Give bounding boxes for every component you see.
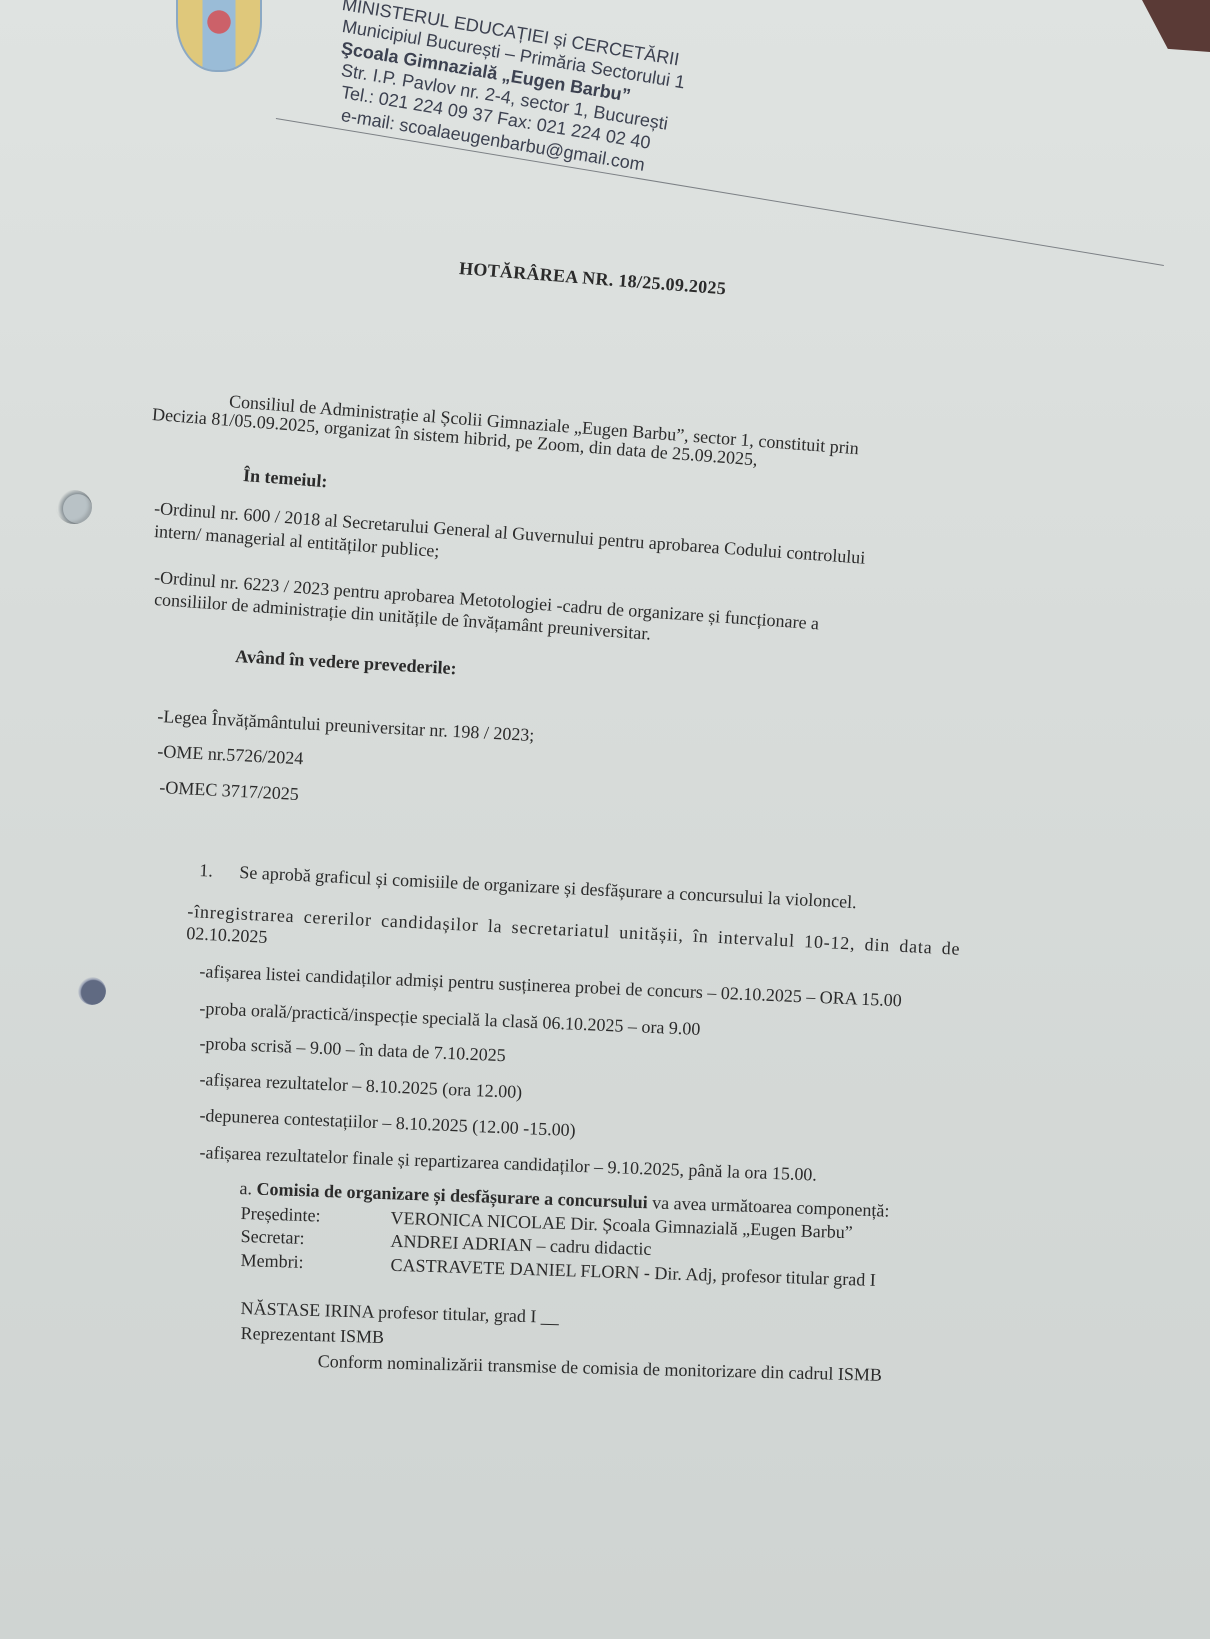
coat-of-arms-icon	[176, 0, 262, 72]
prevedere-2: -OME nr.5726/2024	[157, 740, 304, 769]
schedule-item-1-date: 02.10.2025	[186, 922, 268, 948]
schedule-item-4: -proba scrisă – 9.00 – în data de 7.10.2…	[199, 1032, 506, 1066]
member-role: Secretar:	[240, 1225, 391, 1252]
prevedere-1: -Legea Învățământului preuniversitar nr.…	[157, 705, 535, 746]
section-heading-temei: În temeiul:	[242, 464, 328, 492]
ismb-note: Conform nominalizării transmise de comis…	[317, 1350, 882, 1386]
schedule-item-3: -proba orală/practică/inspecție specială…	[199, 997, 701, 1040]
section-heading-prevederi: Având în vedere prevederile:	[235, 645, 457, 679]
member-name: CASTRAVETE DANIEL FLORN - Dir. Adj, prof…	[390, 1255, 876, 1290]
article-1-number: 1.	[199, 859, 214, 882]
schedule-item-5: -afișarea rezultatelor – 8.10.2025 (ora …	[199, 1068, 522, 1103]
punch-hole-icon	[56, 490, 92, 524]
member-role: Președinte:	[240, 1202, 391, 1229]
document-page: MINISTERUL EDUCAȚIEI și CERCETĂRII Munic…	[0, 0, 1210, 1639]
member-role: Membri:	[240, 1249, 391, 1276]
article-1-text: Se aprobă graficul și comisiile de organ…	[239, 861, 857, 913]
ismb-representative-label: Reprezentant ISMB	[240, 1322, 384, 1348]
punch-hole-icon	[78, 977, 106, 1005]
prevedere-3: -OMEC 3717/2025	[159, 776, 299, 805]
commission-prefix: a.	[239, 1178, 257, 1199]
letterhead-divider	[276, 118, 1164, 266]
schedule-item-6: -depunerea contestațiilor – 8.10.2025 (1…	[199, 1104, 576, 1141]
document-title: HOTĂRÂREA NR. 18/25.09.2025	[458, 258, 726, 299]
